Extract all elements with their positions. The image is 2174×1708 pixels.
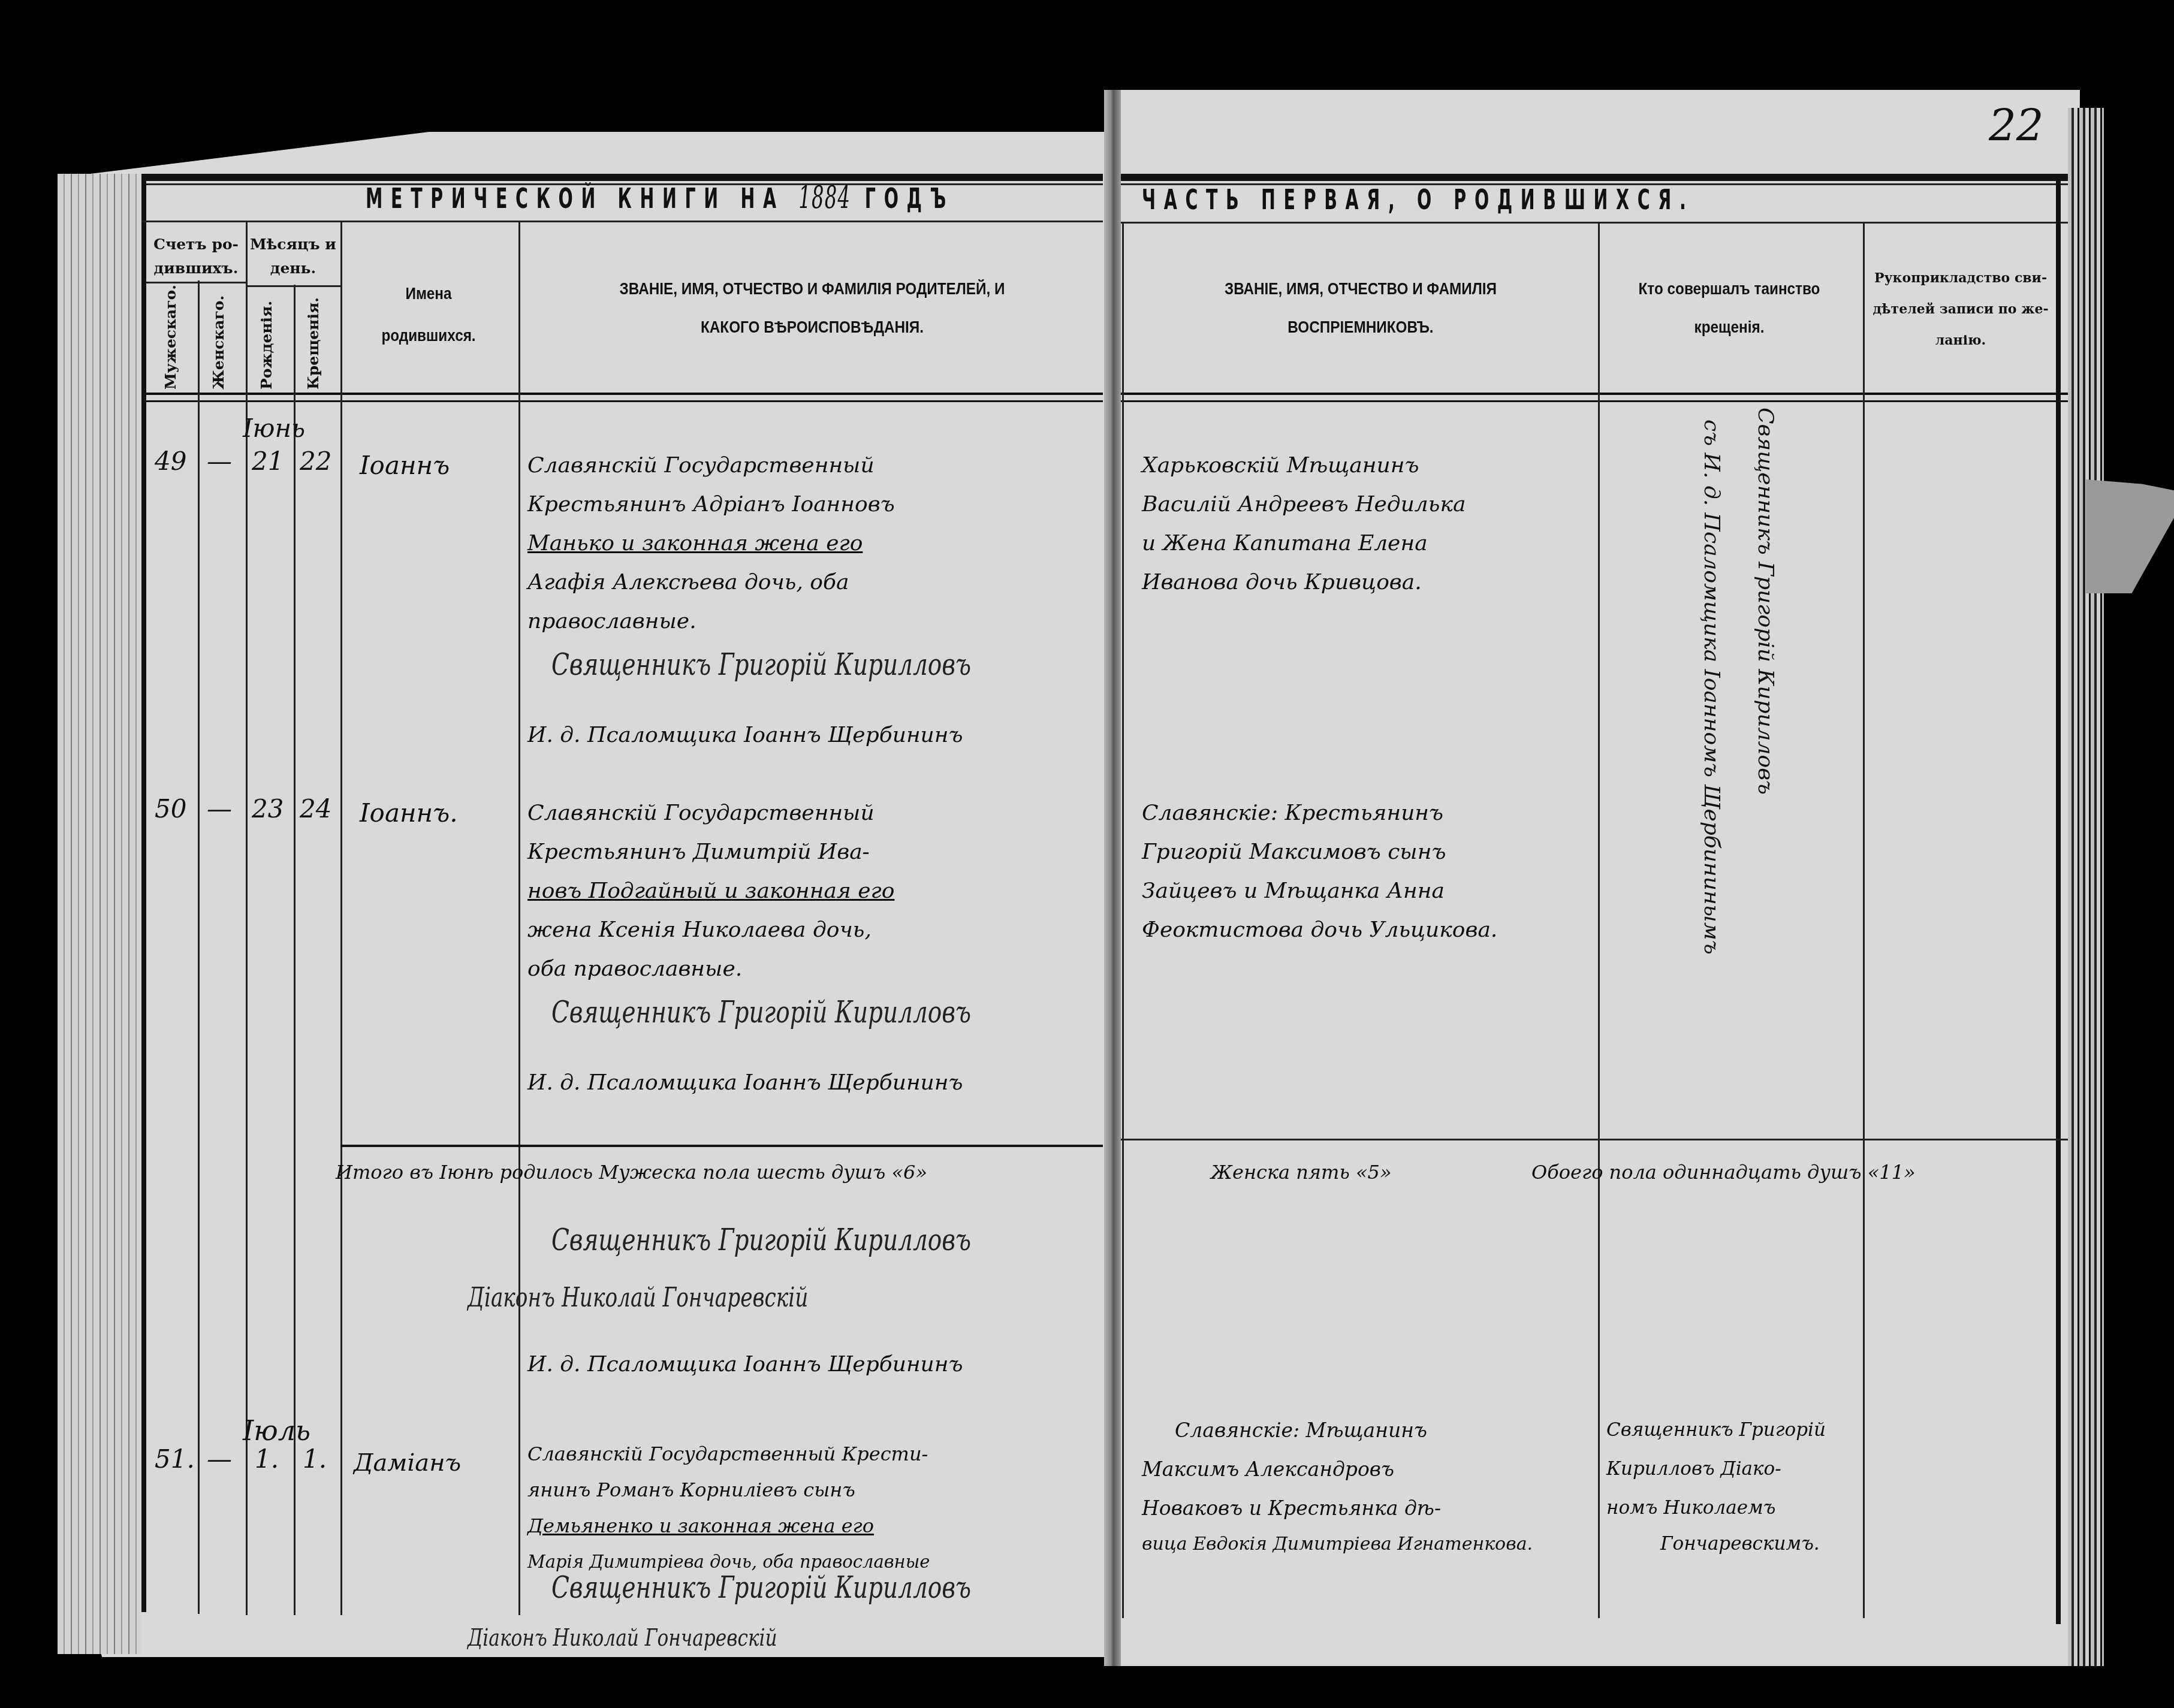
header-names: Имена родившихся. xyxy=(367,273,491,357)
date-group-rule xyxy=(246,285,340,287)
col-line-left-right xyxy=(1122,222,1124,1618)
header-godparents: ЗВАНІЕ, ИМЯ, ОТЧЕСТВО И ФАМИЛІЯ ВОСПРІЕМ… xyxy=(1150,270,1571,346)
birth-day: 23 xyxy=(252,794,284,823)
title-rule xyxy=(141,221,1103,222)
left-border xyxy=(141,174,146,1612)
header-officiant: Кто совершалъ таинство крещенія. xyxy=(1614,270,1846,346)
june-total-rule xyxy=(340,1145,1103,1149)
col-line-date-names xyxy=(340,222,342,1615)
june-total-rule-right xyxy=(1121,1139,2068,1140)
right-page-title: ЧАСТЬ ПЕРВАЯ, О РОДИВШИХСЯ. xyxy=(1142,183,1694,216)
total-psalmist-signature: И. д. Псаломщика Іоаннъ Щербининъ xyxy=(527,1345,963,1383)
priest-signature: Священникъ Григорій Кирилловъ xyxy=(551,1570,971,1605)
header-count-group: Счетъ ро-дившихъ. xyxy=(146,233,246,280)
left-page-title: МЕТРИЧЕСКОЙ КНИГИ НА 1884 ГОДЪ xyxy=(366,180,954,216)
officiant-line-1: Священникъ Григорій Кирилловъ xyxy=(1753,408,1778,1127)
june-total-both: Обоего пола одиннадцать душъ «11» xyxy=(1531,1154,1916,1191)
left-page-stack-edge xyxy=(58,174,141,1654)
col-line-godparents-officiant xyxy=(1598,222,1600,1618)
right-border xyxy=(2056,174,2061,1624)
header-count-male: Мужескаго. xyxy=(162,300,179,390)
june-total-female: Женска пять «5» xyxy=(1211,1154,1392,1191)
child-name: Іоаннъ. xyxy=(360,794,458,832)
folio-number: 22 xyxy=(1989,101,2044,151)
header-date-baptism: Крещенія. xyxy=(304,312,322,390)
header-count-female: Женскаго. xyxy=(210,312,227,390)
right-page-stack-edge xyxy=(2068,108,2104,1666)
title-rule-right xyxy=(1121,222,2068,224)
col-line-names-parents xyxy=(518,222,520,1615)
count-group-rule xyxy=(146,282,246,283)
male-count: 51. xyxy=(155,1444,195,1474)
month-label: Іюль xyxy=(243,1414,310,1447)
birth-day: 1. xyxy=(255,1444,279,1474)
header-date-group: Мѣсяцъ и день. xyxy=(246,233,340,280)
child-name: Даміанъ xyxy=(354,1444,461,1482)
header-date-birth: Рожденія. xyxy=(258,312,275,390)
child-name: Іоаннъ xyxy=(360,446,450,484)
male-count: 50 xyxy=(155,794,186,823)
baptism-day: 1. xyxy=(303,1444,327,1474)
header-parents: ЗВАНІЕ, ИМЯ, ОТЧЕСТВО И ФАМИЛІЯ РОДИТЕЛЕ… xyxy=(556,270,1069,346)
officiant-line-2: съ И. д. Псаломщика Іоанномъ Щербининымъ xyxy=(1699,420,1724,1139)
col-line-officiant-witness xyxy=(1863,222,1865,1618)
month-label: Іюнь xyxy=(243,414,305,443)
psalmist-signature: И. д. Псаломщика Іоаннъ Щербининъ xyxy=(527,716,963,754)
book-gutter xyxy=(1104,90,1121,1666)
year-handwritten: 1884 xyxy=(798,180,851,216)
birth-day: 21 xyxy=(252,446,284,476)
psalmist-signature: И. д. Псаломщика Іоаннъ Щербининъ xyxy=(527,1064,963,1102)
top-rule-right xyxy=(1121,174,2068,181)
priest-signature: Священникъ Григорій Кирилловъ xyxy=(551,995,971,1030)
deacon-signature: Діаконъ Николай Гончаревскій xyxy=(468,1624,777,1652)
male-count: 49 xyxy=(155,446,186,476)
june-total-male: Итого въ Іюнѣ родилось Мужеска пола шест… xyxy=(336,1154,927,1191)
total-deacon-signature: Діаконъ Николай Гончаревскій xyxy=(468,1282,808,1313)
priest-signature: Священникъ Григорій Кирилловъ xyxy=(551,647,971,682)
header-witness: Рукоприкладство сви- дѣтелей записи по ж… xyxy=(1865,262,2056,356)
female-count: — xyxy=(207,446,232,476)
total-priest-signature: Священникъ Григорій Кирилловъ xyxy=(551,1223,971,1257)
header-double-rule xyxy=(141,393,1103,402)
torn-page-flap xyxy=(2086,479,2174,593)
col-line-male-female xyxy=(198,280,200,1614)
header-double-rule-right xyxy=(1121,393,2068,402)
female-count: — xyxy=(207,1444,232,1474)
baptism-day: 24 xyxy=(300,794,331,823)
female-count: — xyxy=(207,794,232,823)
baptism-day: 22 xyxy=(300,446,331,476)
